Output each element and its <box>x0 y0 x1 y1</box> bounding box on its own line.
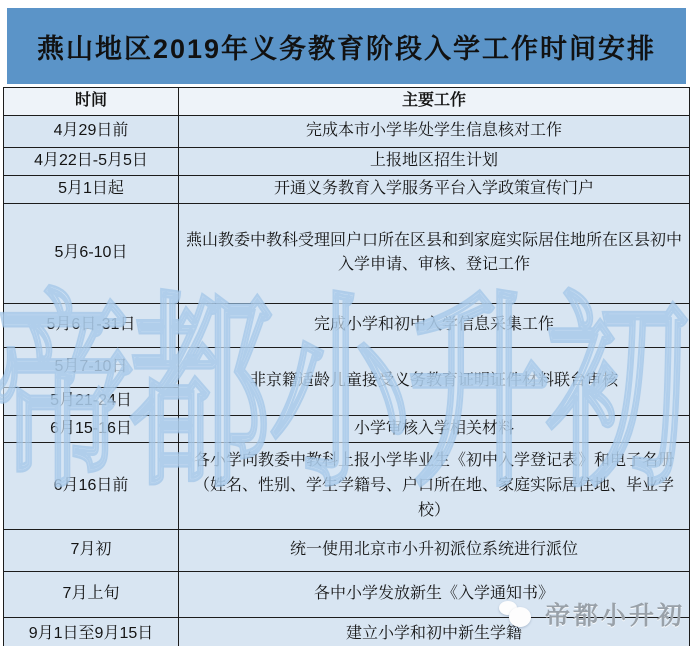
work-cell: 统一使用北京市小升初派位系统进行派位 <box>179 530 690 572</box>
mascot-icon <box>499 599 537 629</box>
header-row: 时间 主要工作 <box>4 88 690 116</box>
time-cell: 7月上旬 <box>4 572 179 618</box>
work-cell: 上报地区招生计划 <box>179 147 690 175</box>
work-cell: 各小学向教委中教科上报小学毕业生《初中入学登记表》和电子名册（姓名、性别、学生学… <box>179 443 690 530</box>
time-cell: 5月1日起 <box>4 175 179 203</box>
time-cell: 5月7-10日 <box>4 347 179 387</box>
schedule-table: 时间 主要工作 4月29日前 完成本市小学毕处学生信息核对工作 4月22日-5月… <box>3 87 690 646</box>
table-row: 6月16日前 各小学向教委中教科上报小学毕业生《初中入学登记表》和电子名册（姓名… <box>4 443 690 530</box>
page-title: 燕山地区2019年义务教育阶段入学工作时间安排 <box>7 8 686 84</box>
time-cell: 6月16日前 <box>4 443 179 530</box>
time-cell: 5月6-10日 <box>4 203 179 303</box>
table-row: 4月29日前 完成本市小学毕处学生信息核对工作 <box>4 115 690 147</box>
header-work: 主要工作 <box>179 88 690 116</box>
header-time: 时间 <box>4 88 179 116</box>
work-cell-merged: 非京籍适龄儿童接受义务教育证明证件材料联台审核 <box>179 347 690 415</box>
table-row: 7月初 统一使用北京市小升初派位系统进行派位 <box>4 530 690 572</box>
time-cell: 4月22日-5月5日 <box>4 147 179 175</box>
work-cell: 开通义务教育入学服务平台入学政策宣传门户 <box>179 175 690 203</box>
work-cell: 燕山教委中教科受理回户口所在区县和到家庭实际居住地所在区县初中入学申请、审核、登… <box>179 203 690 303</box>
time-cell: 6月15-16日 <box>4 415 179 443</box>
time-cell: 5月21-24日 <box>4 387 179 415</box>
table-row: 5月7-10日 非京籍适龄儿童接受义务教育证明证件材料联台审核 <box>4 347 690 387</box>
brand-label: 帝都小升初 <box>545 596 685 632</box>
page: 燕山地区2019年义务教育阶段入学工作时间安排 时间 主要工作 4月29日前 完… <box>0 0 693 646</box>
table-row: 5月6日-31日 完成小学和初中入学信息采集工作 <box>4 303 690 347</box>
table-row: 5月1日起 开通义务教育入学服务平台入学政策宣传门户 <box>4 175 690 203</box>
time-cell: 7月初 <box>4 530 179 572</box>
time-cell: 5月6日-31日 <box>4 303 179 347</box>
work-cell: 完成本市小学毕处学生信息核对工作 <box>179 115 690 147</box>
time-cell: 4月29日前 <box>4 115 179 147</box>
table-row: 5月6-10日 燕山教委中教科受理回户口所在区县和到家庭实际居住地所在区县初中入… <box>4 203 690 303</box>
table-row: 4月22日-5月5日 上报地区招生计划 <box>4 147 690 175</box>
work-cell: 完成小学和初中入学信息采集工作 <box>179 303 690 347</box>
table-row: 6月15-16日 小学审核入学相关材料 <box>4 415 690 443</box>
brand-mark: 帝都小升初 <box>499 596 685 632</box>
time-cell: 9月1日至9月15日 <box>4 618 179 646</box>
work-cell: 小学审核入学相关材料 <box>179 415 690 443</box>
